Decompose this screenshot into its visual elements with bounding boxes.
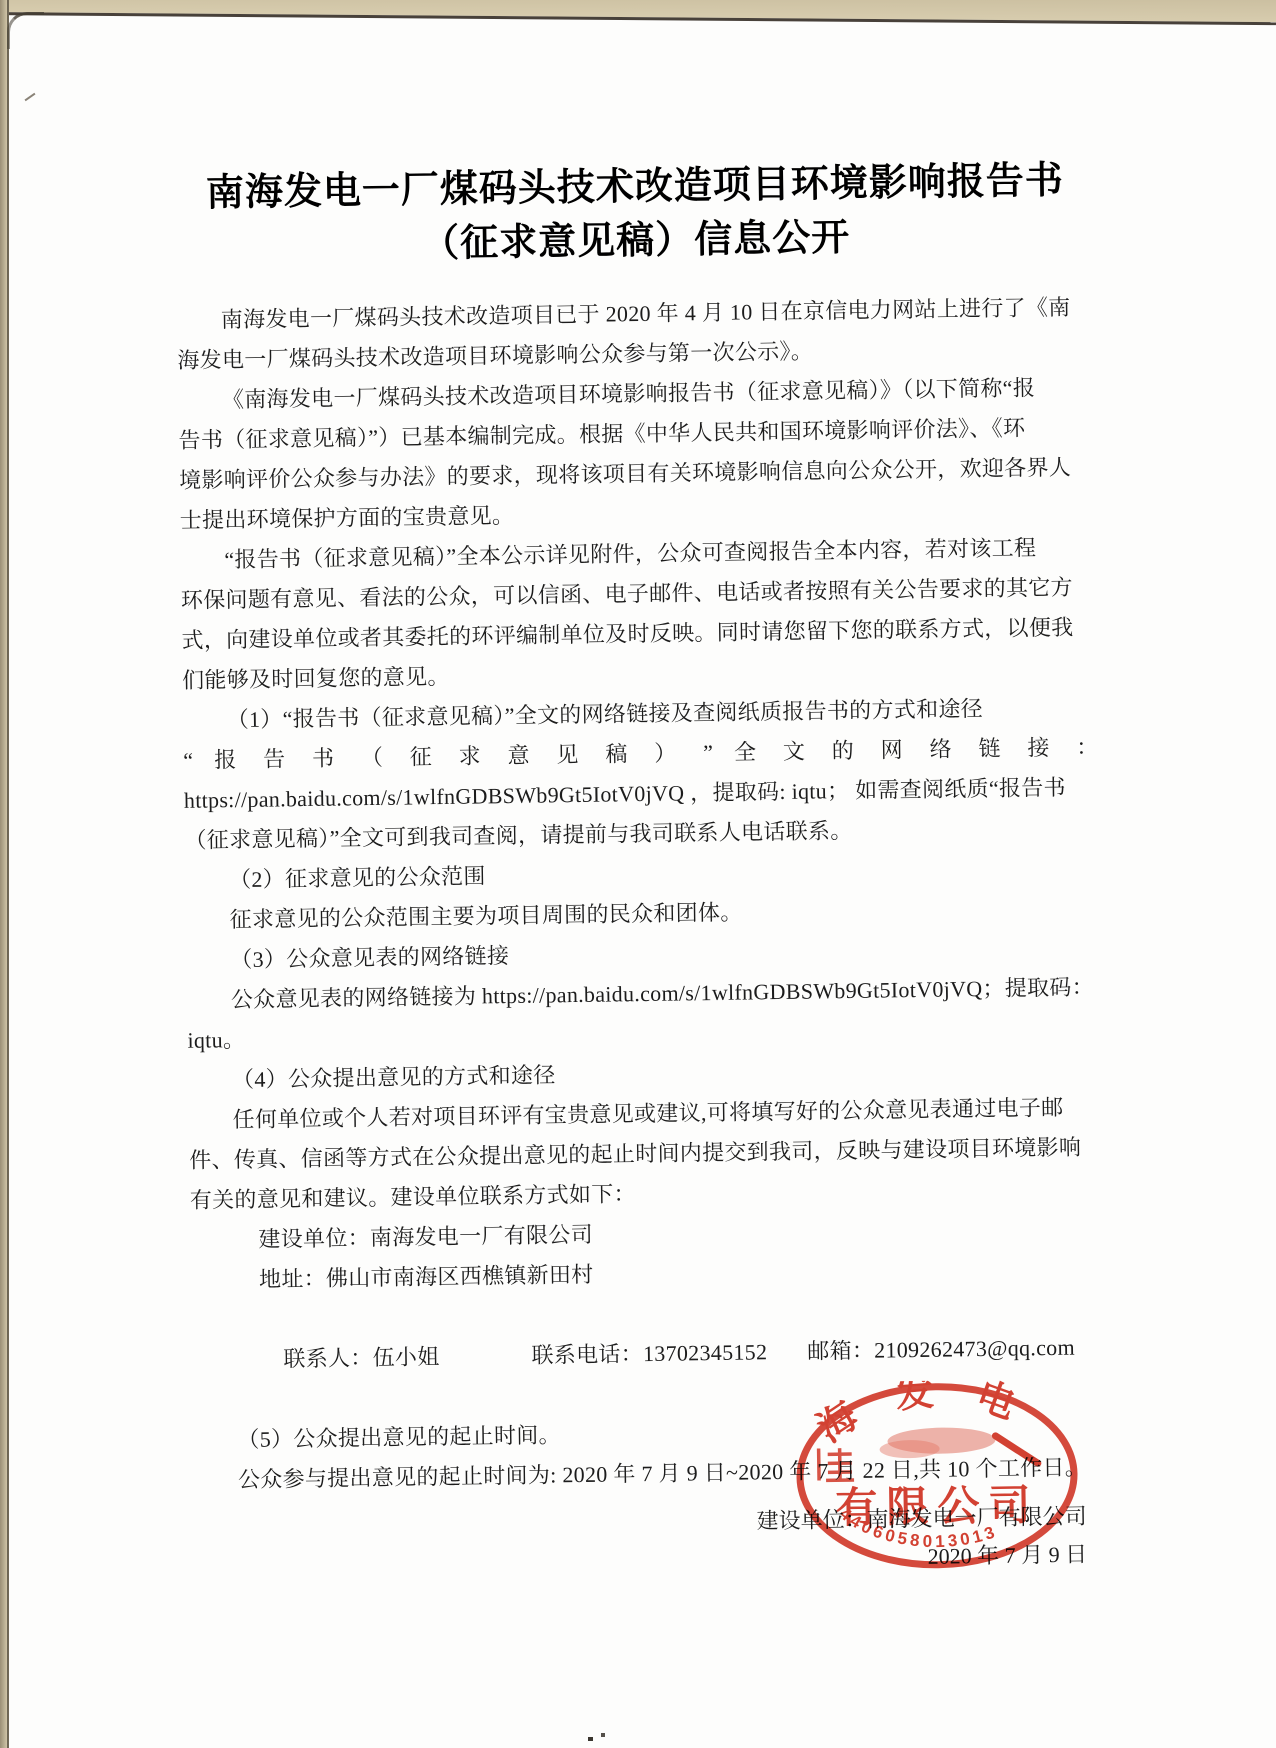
scan-edge-top xyxy=(0,0,1276,25)
seal-smeared-glyph xyxy=(819,1448,854,1481)
scan-speck xyxy=(25,93,36,102)
contact-email: 邮箱：2109262473@qq.com xyxy=(807,1335,1075,1364)
document-content: 南海发电一厂煤码头技术改造项目环境影响报告书 （征求意见稿）信息公开 南海发电一… xyxy=(175,153,1116,1586)
company-seal: 海 发 电 有限公司 4406058013013 xyxy=(791,1379,1084,1578)
contact-phone: 联系电话：13702345152 xyxy=(531,1339,767,1367)
scanned-document: { "doc": { "title_line1": "南海发电一厂煤码头技术改造… xyxy=(0,0,1276,1748)
scan-speck xyxy=(588,1737,593,1741)
page-corner-curve xyxy=(7,12,44,49)
scan-edge-left xyxy=(0,0,9,1748)
scan-speck xyxy=(601,1733,605,1737)
seal-diagonal-stroke xyxy=(995,1435,1037,1464)
contact-person: 联系人：伍小姐 xyxy=(283,1344,439,1371)
